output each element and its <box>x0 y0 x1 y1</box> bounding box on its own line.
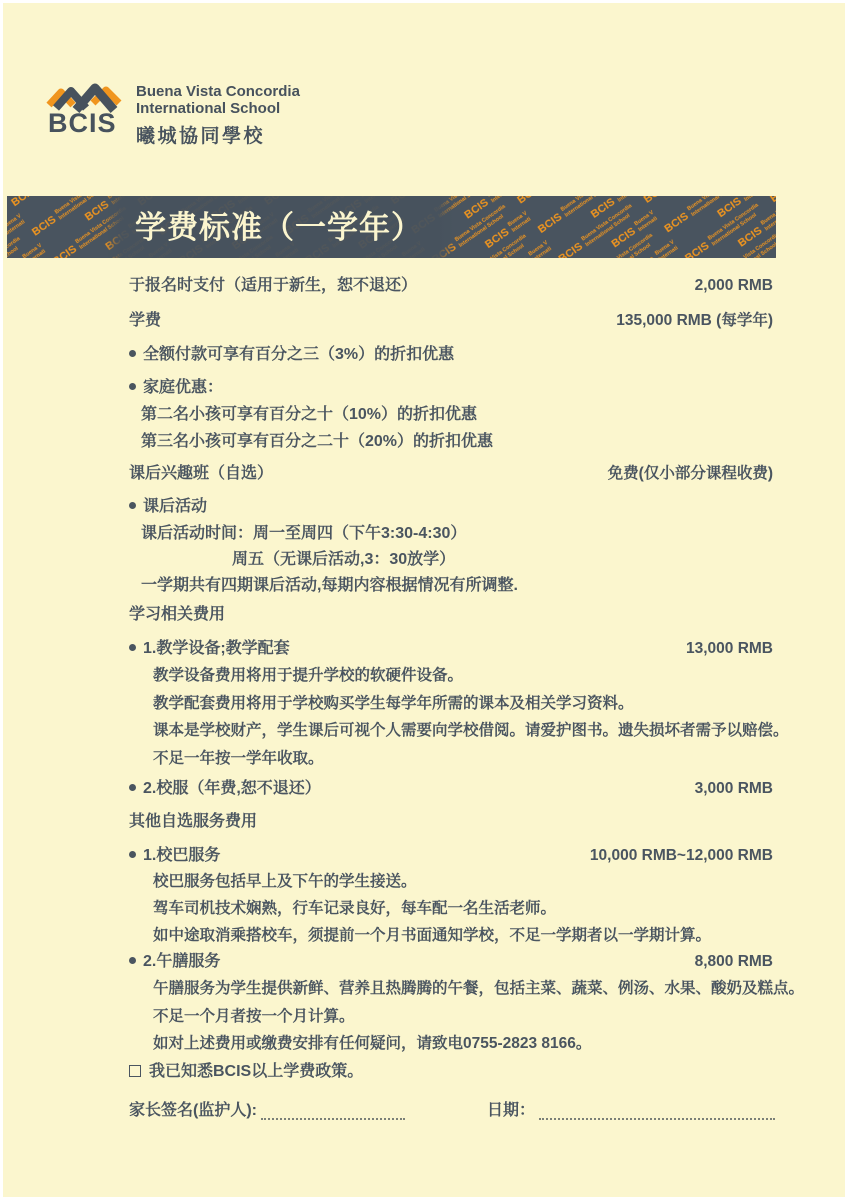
acknowledgement-row: 我已知悉BCIS以上学费政策。 <box>129 1062 363 1081</box>
logo-name-line2: International School <box>136 100 300 117</box>
bullet-text: 2.校服（年费,恕不退还） <box>143 780 321 797</box>
fee-label: 学费 <box>129 311 161 330</box>
fee-value: 8,800 RMB <box>695 952 773 971</box>
school-bus-desc1: 校巴服务包括早上及下午的学生接送。 <box>153 872 417 891</box>
activity-schedule-line2: 周五（无课后活动,3：30放学） <box>232 550 455 569</box>
logo-name-chinese: 曦城協同學校 <box>136 121 300 148</box>
signature-row: 家长签名(监护人): 日期： <box>129 1097 775 1120</box>
parent-signature-label: 家长签名(监护人): <box>129 1097 257 1120</box>
fee-row-after-school: 课后兴趣班（自选） 免费(仅小部分课程收费) <box>129 464 773 483</box>
bullet-text: 家庭优惠： <box>143 379 223 396</box>
fee-row-uniform: 2.校服（年费,恕不退还） 3,000 RMB <box>129 779 773 798</box>
teaching-equipment-desc3: 课本是学校财产，学生课后可视个人需要向学校借阅。请爱护图书。遗失损坏者需予以赔偿… <box>153 721 789 740</box>
lunch-desc2: 不足一个月者按一个月计算。 <box>153 1007 355 1026</box>
bullet-text: 全额付款可享有百分之三（3%）的折扣优惠 <box>143 346 454 363</box>
date-line[interactable] <box>539 1104 775 1120</box>
bullet-icon <box>129 350 136 357</box>
title-banner: BCIS Buena Vista Concordia International… <box>7 196 776 258</box>
logo-wordmark: Buena Vista Concordia International Scho… <box>136 83 300 148</box>
lunch-desc3: 如对上述费用或缴费安排有任何疑问，请致电0755-2823 8166。 <box>153 1034 591 1053</box>
tuition-bullet-full-payment: 全额付款可享有百分之三（3%）的折扣优惠 <box>129 345 454 364</box>
teaching-equipment-desc4: 不足一年按一学年收取。 <box>153 749 324 768</box>
bullet-text: 1.校巴服务 <box>143 847 220 864</box>
fee-label: 2.午膳服务 <box>129 952 220 971</box>
activity-schedule-line1: 课后活动时间：周一至周四（下午3:30-4:30） <box>141 524 466 543</box>
fee-value: 13,000 RMB <box>686 639 773 658</box>
fee-label: 1.教学设备;教学配套 <box>129 639 290 658</box>
fee-label: 于报名时支付（适用于新生，恕不退还） <box>129 276 417 295</box>
activity-note: 一学期共有四期课后活动,每期内容根据情况有所调整. <box>141 576 518 595</box>
fee-label: 1.校巴服务 <box>129 846 220 865</box>
acknowledgement-text: 我已知悉BCIS以上学费政策。 <box>149 1063 363 1080</box>
lunch-desc1: 午膳服务为学生提供新鲜、营养且热腾腾的午餐，包括主菜、蔬菜、例汤、水果、酸奶及糕… <box>153 979 804 998</box>
fee-label: 课后兴趣班（自选） <box>129 464 273 483</box>
fee-label: 2.校服（年费,恕不退还） <box>129 779 321 798</box>
tuition-bullet-family: 家庭优惠： <box>129 378 223 397</box>
school-bus-desc3: 如中途取消乘搭校车，须提前一个月书面通知学校，不足一学期者以一学期计算。 <box>153 926 711 945</box>
bullet-text: 2.午膳服务 <box>143 953 220 970</box>
fee-row-school-bus: 1.校巴服务 10,000 RMB~12,000 RMB <box>129 846 773 865</box>
fee-value: 3,000 RMB <box>695 779 773 798</box>
tuition-family-third-child: 第三名小孩可享有百分之二十（20%）的折扣优惠 <box>141 432 493 451</box>
fee-value: 2,000 RMB <box>695 276 773 295</box>
after-school-activity-bullet: 课后活动 <box>129 497 207 516</box>
bullet-icon <box>129 957 136 964</box>
teaching-equipment-desc2: 教学配套费用将用于学校购买学生每学年所需的课本及相关学习资料。 <box>153 694 634 713</box>
fee-row-tuition: 学费 135,000 RMB (每学年) <box>129 311 773 330</box>
fee-schedule-document: BCIS Buena Vista Concordia International… <box>0 0 848 1200</box>
bullet-icon <box>129 851 136 858</box>
fee-row-registration: 于报名时支付（适用于新生，恕不退还） 2,000 RMB <box>129 276 773 295</box>
bullet-icon <box>129 383 136 390</box>
school-bus-desc2: 驾车司机技术娴熟，行车记录良好，每车配一名生活老师。 <box>153 899 556 918</box>
fee-row-lunch: 2.午膳服务 8,800 RMB <box>129 952 773 971</box>
section-header-optional-fees: 其他自选服务费用 <box>129 812 257 831</box>
section-header-study-fees: 学习相关费用 <box>129 605 225 624</box>
bullet-icon <box>129 644 136 651</box>
tuition-family-second-child: 第二名小孩可享有百分之十（10%）的折扣优惠 <box>141 405 477 424</box>
page-title: 学费标准（一学年） <box>135 196 423 258</box>
teaching-equipment-desc1: 教学设备费用将用于提升学校的软硬件设备。 <box>153 666 463 685</box>
bullet-text: 课后活动 <box>143 498 207 515</box>
parent-signature-line[interactable] <box>261 1104 405 1120</box>
fee-row-teaching-equipment: 1.教学设备;教学配套 13,000 RMB <box>129 639 773 658</box>
acknowledge-checkbox[interactable] <box>129 1065 141 1077</box>
bullet-icon <box>129 784 136 791</box>
fee-value: 10,000 RMB~12,000 RMB <box>590 846 773 865</box>
date-label: 日期： <box>487 1097 535 1120</box>
fee-value: 免费(仅小部分课程收费) <box>608 464 773 483</box>
fee-value: 135,000 RMB (每学年) <box>616 311 773 330</box>
bullet-icon <box>129 502 136 509</box>
logo-name-line1: Buena Vista Concordia <box>136 83 300 100</box>
logo-abbr: BCIS <box>48 108 117 139</box>
bullet-text: 1.教学设备;教学配套 <box>143 640 290 657</box>
